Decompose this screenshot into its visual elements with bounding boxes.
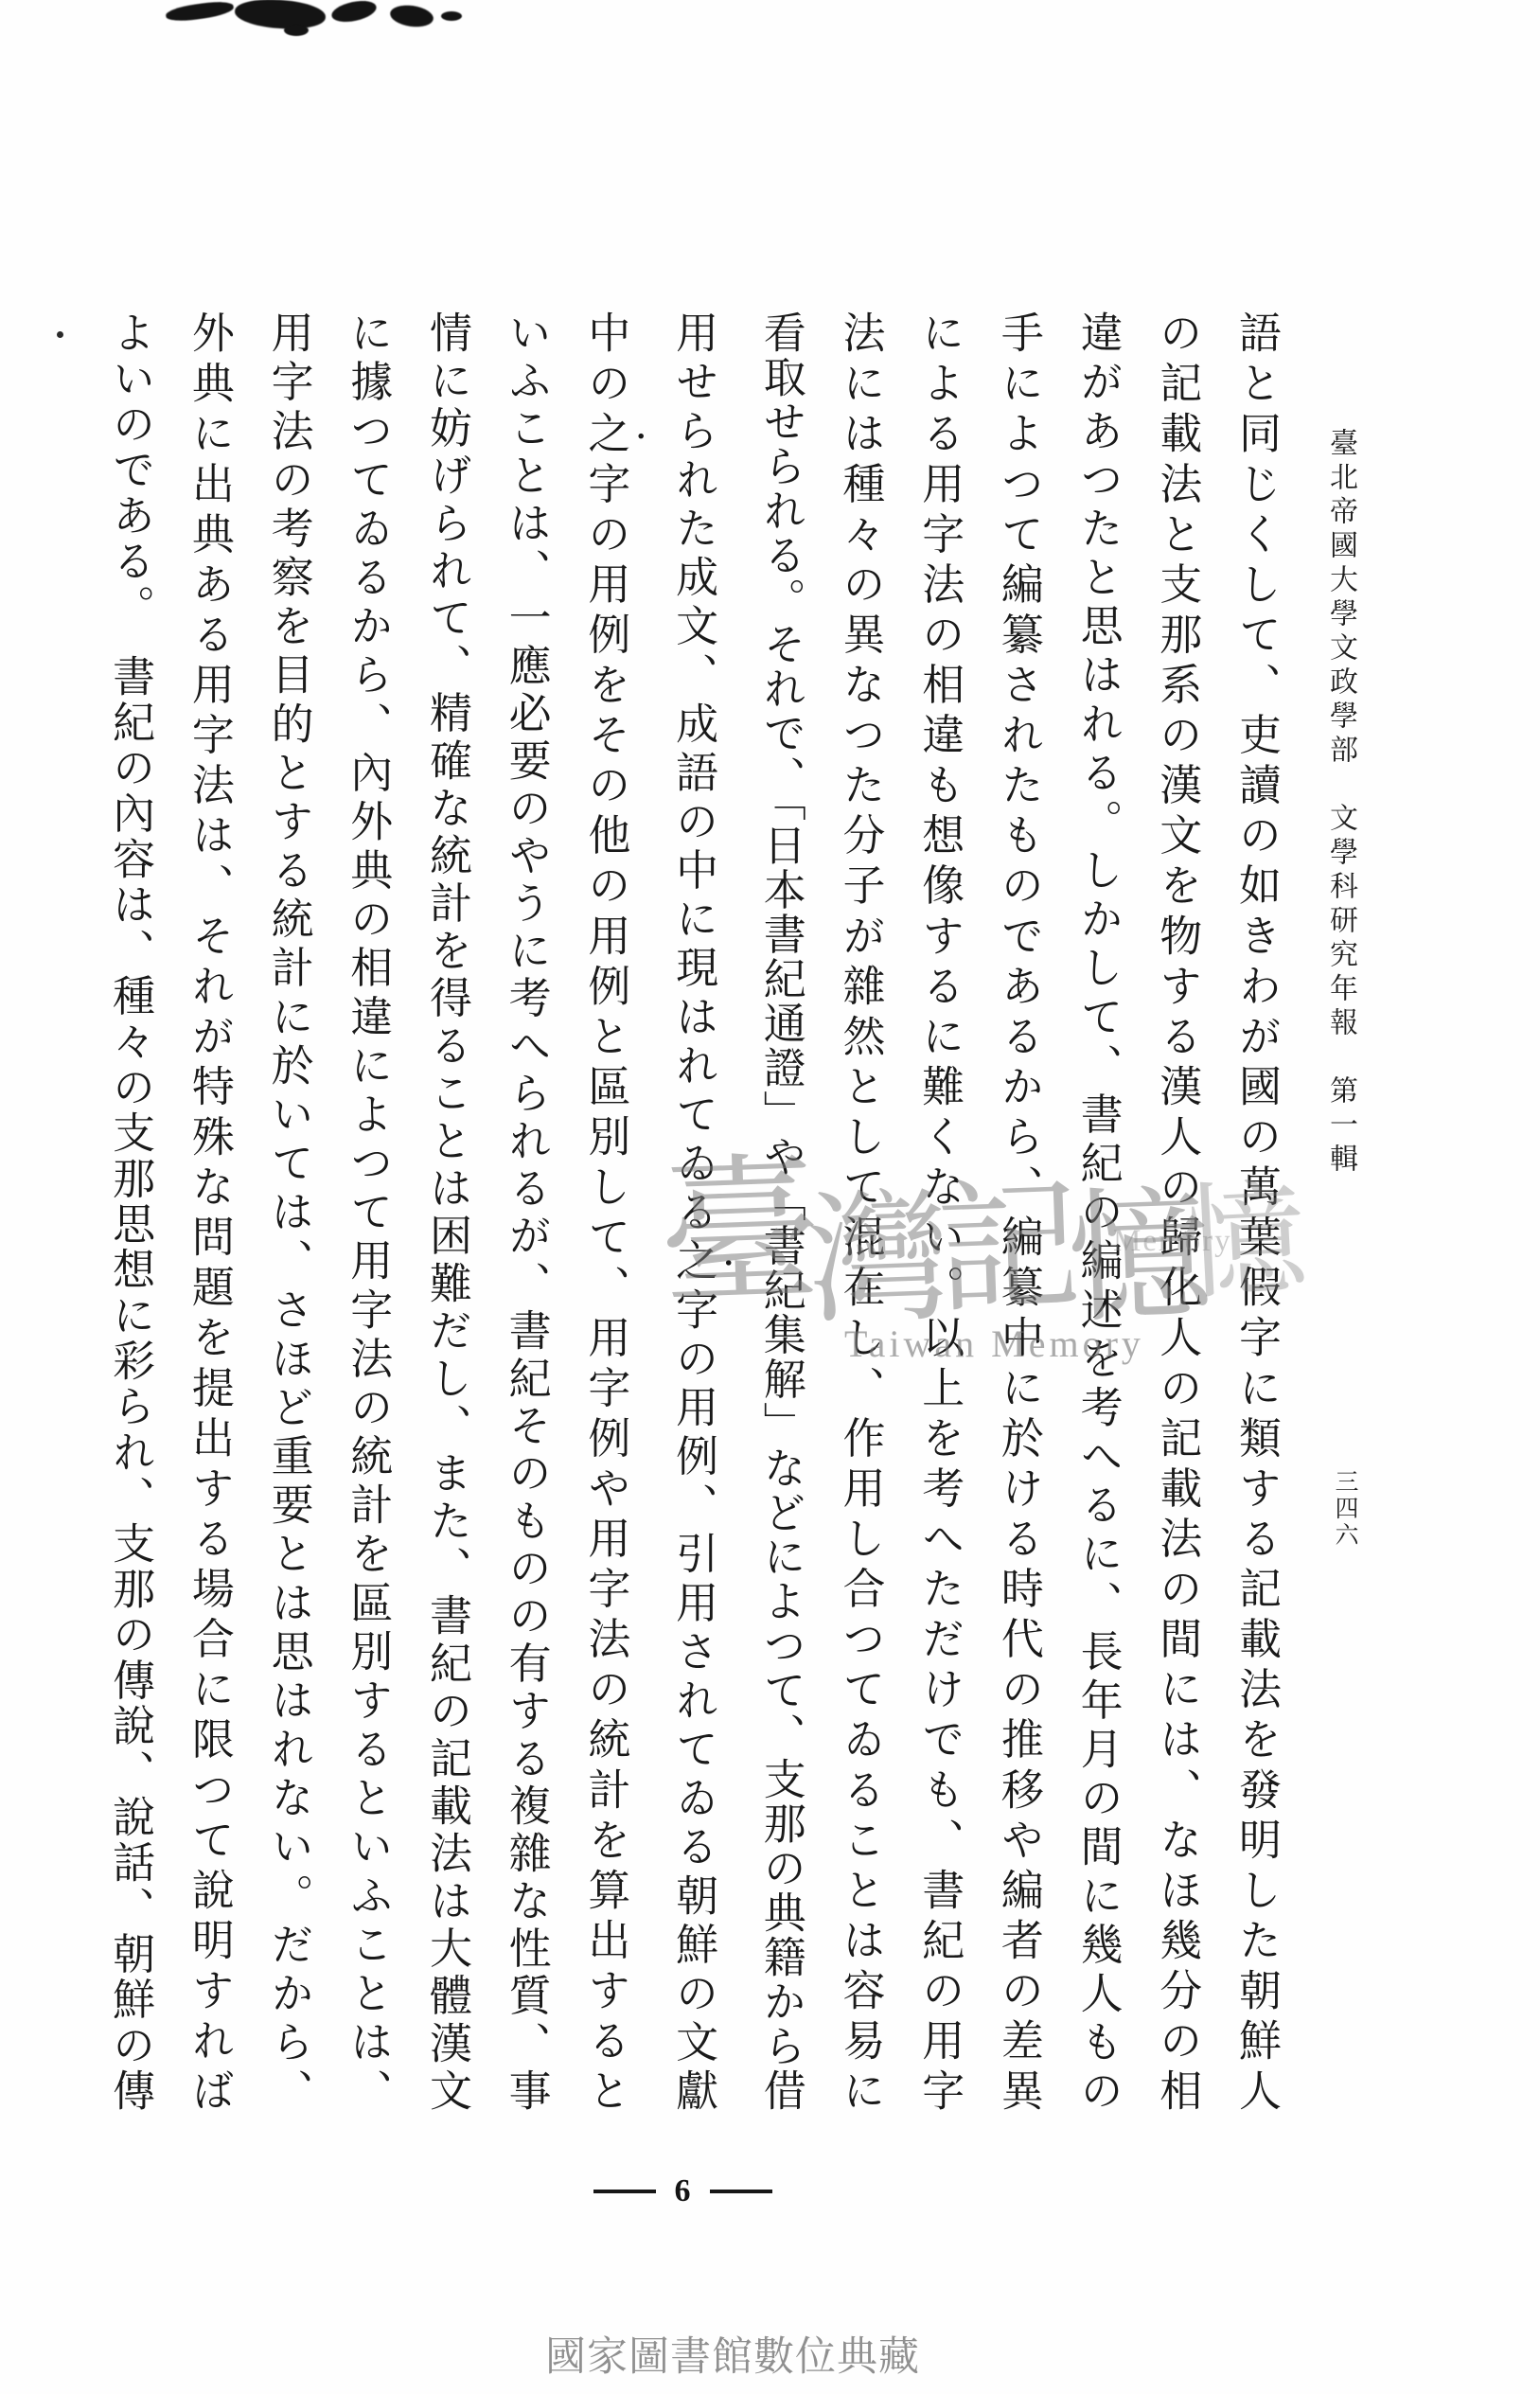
folio-marker: 三四六 xyxy=(1327,1469,1361,1549)
text-column-5: による用字法の相違も想像するに難くない。以上を考へただけでも、書紀の用字 xyxy=(898,310,978,2111)
page-number: 6 xyxy=(675,2173,691,2209)
text-column-8: 用せられた成文、成語の中に現はれてゐる之字の用例、引用されてゐる朝鮮の文獻 xyxy=(652,310,740,2111)
footer-rule-right xyxy=(710,2190,772,2193)
text-column-9: 中の之字の用例をその他の用例と區別して、用字例や用字法の統計を算出すると xyxy=(565,310,653,2111)
text-column-10: いふことは、一應必要のやうに考へられるが、書紀そのものの有する複雜な性質、事 xyxy=(486,310,565,2111)
footer-rule-left xyxy=(593,2190,656,2193)
ink-smudge xyxy=(234,0,327,31)
text-column-2: の記載法と支那系の漢文を物する漢人の歸化人の記載法の間には、なほ幾分の相 xyxy=(1137,310,1216,2111)
body-text: 語と同じくして、吏讀の如きわが國の萬葉假字に類する記載法を發明した朝鮮人の記載法… xyxy=(106,310,1295,2111)
ink-smudge xyxy=(441,11,462,21)
ink-smudge xyxy=(389,3,435,29)
ink-smudge xyxy=(165,0,235,24)
scanned-page: 臺北帝國大學文政學部 文學科研究年報 第一輯 三四六 語と同じくして、吏讀の如き… xyxy=(0,0,1540,2394)
ink-smudge xyxy=(284,25,309,36)
footer: 6 xyxy=(564,2173,801,2209)
margin-speck xyxy=(57,331,63,338)
text-column-13: 用字法の考察を目的とする統計に於いては、さほど重要とは思はれない。だから、 xyxy=(248,310,327,2111)
ink-smudge xyxy=(329,0,378,26)
text-column-3: 違があつたと思はれる。しかして、書紀の編述を考へるに、長年月の間に幾人もの xyxy=(1057,310,1137,2111)
text-column-15: よいのである。 書紀の內容は、種々の支那思想に彩られ、支那の傳說、說話、朝鮮の傳 xyxy=(89,310,168,2111)
text-column-14: 外典に出典ある用字法は、それが特殊な問題を提出する場合に限つて說明すれば xyxy=(168,310,248,2111)
text-column-12: に據つてゐるから、內外典の相違によつて用字法の統計を區別するといふことは、 xyxy=(327,310,407,2111)
text-column-4: 手によつて編纂されたものであるから、編纂中に於ける時代の推移や編者の差異 xyxy=(978,310,1057,2111)
journal-header: 臺北帝國大學文政學部 文學科研究年報 第一輯 xyxy=(1319,428,1361,1178)
archive-label: 國家圖書館數位典藏 xyxy=(545,2325,920,2383)
text-column-7: 看取せられる。それで、「日本書紀通證」や「書紀集解」などによつて、支那の典籍から… xyxy=(740,310,820,2111)
text-column-11: 情に妨げられて、精確な統計を得ることは困難だし、また、書紀の記載法は大體漢文 xyxy=(406,310,486,2111)
text-column-6: 法には種々の異なつた分子が雜然として混在し、作用し合つてゐることは容易に xyxy=(820,310,899,2111)
text-column-1: 語と同じくして、吏讀の如きわが國の萬葉假字に類する記載法を發明した朝鮮人 xyxy=(1215,310,1295,2111)
